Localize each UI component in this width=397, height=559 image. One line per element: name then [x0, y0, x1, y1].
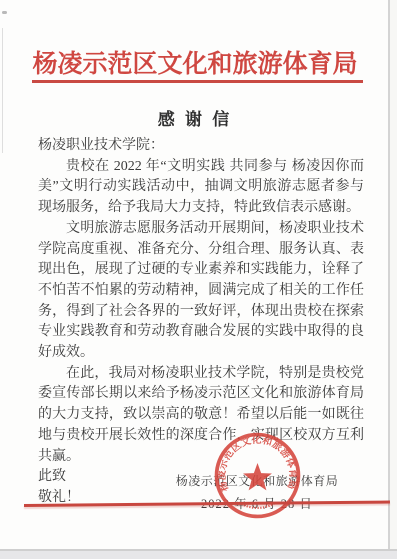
paragraph-2: 文明旅游志愿服务活动开展期间，杨凌职业技术学院高度重视、准备充分、分组合理、服务… [38, 219, 364, 364]
letter-body: 杨凌职业技术学院： 贵校在 2022 年“文明实践 共同参与 杨凌因你而美”文明… [38, 136, 364, 509]
doc-title: 感 谢 信 [0, 105, 390, 130]
paper-right-edge [388, 0, 390, 551]
photo-bottom-strip [0, 551, 397, 559]
letter-photo: 杨凌示范区文化和旅游体育局 感 谢 信 杨凌职业技术学院： 贵校在 2022 年… [0, 0, 397, 559]
photo-background [390, 0, 397, 551]
star-icon [243, 463, 272, 490]
paragraph-1: 贵校在 2022 年“文明实践 共同参与 杨凌因你而美”文明行动实践活动中，抽调… [38, 157, 364, 219]
letterhead-title: 杨凌示范区文化和旅游体育局 [0, 44, 390, 80]
letterhead-rule [32, 80, 363, 83]
photo-speck [2, 11, 7, 14]
paragraph-3: 在此，我局对杨凌职业技术学院，特别是贵校党委宣传部长期以来给予杨凌示范区文化和旅… [38, 364, 364, 468]
official-seal: 杨凌示范区文化和旅游体育局 [213, 431, 302, 520]
salutation: 杨凌职业技术学院： [38, 136, 364, 157]
